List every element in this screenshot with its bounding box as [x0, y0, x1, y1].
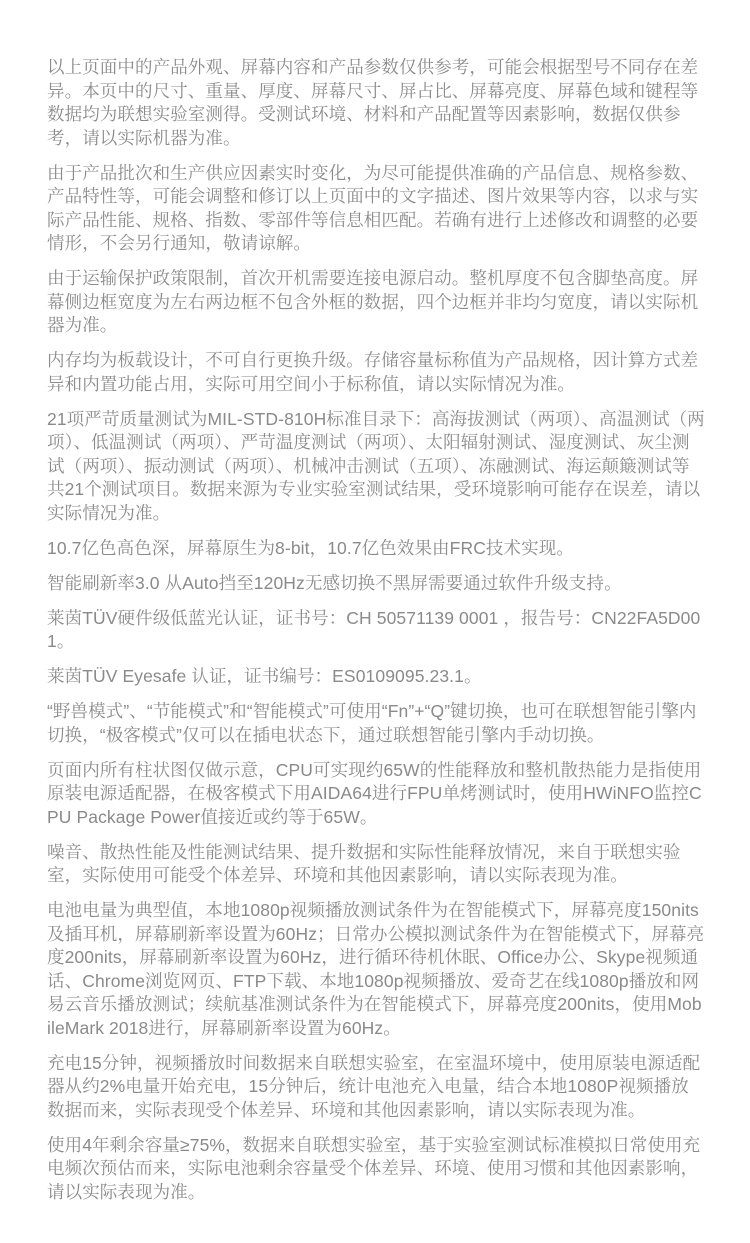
disclaimer-paragraph-mil-std-tests: 21项严苛质量测试为MIL-STD-810H标准目录下：高海拔测试（两项）、高温… — [47, 408, 705, 526]
disclaimer-paragraph-tuv-eyesafe: 莱茵TÜV Eyesafe 认证，证书编号：ES0109095.23.1。 — [47, 665, 705, 689]
disclaimer-paragraph-noise-thermal: 噪音、散热性能及性能测试结果、提升数据和实际性能释放情况，来自于联想实验室，实际… — [47, 841, 705, 888]
disclaimer-paragraph-battery-tests: 电池电量为典型值，本地1080p视频播放测试条件为在智能模式下，屏幕亮度150n… — [47, 899, 705, 1040]
disclaimer-paragraph-battery-longevity: 使用4年剩余容量≥75%，数据来自联想实验室，基于实验室测试标准模拟日常使用充电… — [47, 1134, 705, 1205]
disclaimer-paragraph-refresh-rate: 智能刷新率3.0 从Auto挡至120Hz无感切换不黑屏需要通过软件升级支持。 — [47, 572, 705, 596]
disclaimer-section: 以上页面中的产品外观、屏幕内容和产品参数仅供参考，可能会根据型号不同存在差异。本… — [0, 0, 750, 1243]
disclaimer-paragraph-performance-modes: “野兽模式”、“节能模式”和“智能模式”可使用“Fn”+“Q”键切换，也可在联想… — [47, 700, 705, 747]
disclaimer-paragraph-fast-charge: 充电15分钟，视频播放时间数据来自联想实验室，在室温环境中，使用原装电源适配器从… — [47, 1052, 705, 1123]
disclaimer-paragraph-shipping-protection: 由于运输保护政策限制，首次开机需要连接电源启动。整机厚度不包含脚垫高度。屏幕侧边… — [47, 267, 705, 338]
disclaimer-paragraph-batch-variation: 由于产品批次和生产供应因素实时变化，为尽可能提供准确的产品信息、规格参数、产品特… — [47, 162, 705, 256]
disclaimer-paragraph-appearance: 以上页面中的产品外观、屏幕内容和产品参数仅供参考，可能会根据型号不同存在差异。本… — [47, 56, 705, 150]
disclaimer-paragraph-tuv-lowbluelight: 莱茵TÜV硬件级低蓝光认证，证书号：CH 50571139 0001 ，报告号：… — [47, 607, 705, 654]
disclaimer-paragraph-color-depth: 10.7亿色高色深，屏幕原生为8-bit，10.7亿色效果由FRC技术实现。 — [47, 537, 705, 561]
disclaimer-paragraph-memory-onboard: 内存均为板载设计，不可自行更换升级。存储容量标称值为产品规格，因计算方式差异和内… — [47, 349, 705, 396]
disclaimer-paragraph-cpu-power: 页面内所有柱状图仅做示意，CPU可实现约65W的性能释放和整机散热能力是指使用原… — [47, 759, 705, 830]
